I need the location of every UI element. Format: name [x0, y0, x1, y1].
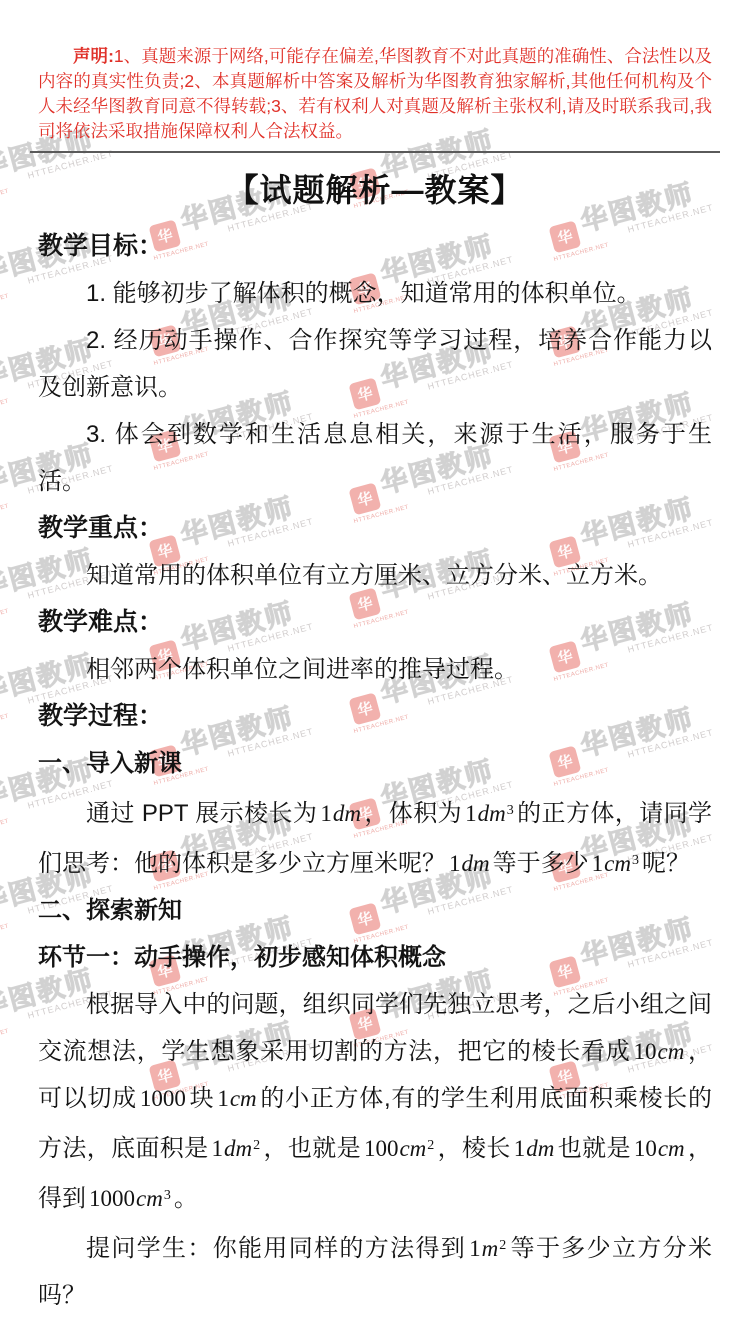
math-expression: 1cm [214, 1085, 259, 1112]
document-content: 声明:1、真题来源于网络,可能存在偏差,华图教育不对此真题的准确性、合法性以及内… [0, 0, 748, 1335]
text-run: 提问学生：你能用同样的方法得到 [86, 1235, 466, 1262]
math-number: 1000 [89, 1186, 135, 1211]
math-unit: cm [135, 1186, 163, 1211]
disclaimer-body: 1、真题来源于网络,可能存在偏差,华图教育不对此真题的准确性、合法性以及内容的真… [38, 46, 712, 141]
text-run: 1. 能够初步了解体积的概念，知道常用的体积单位。 [86, 280, 641, 307]
math-number: 1 [212, 1136, 224, 1161]
document-title: 【试题解析—教案】 [38, 165, 712, 211]
math-number: 100 [364, 1136, 399, 1161]
document-body: 教学目标：1. 能够初步了解体积的概念，知道常用的体积单位。2. 经历动手操作、… [38, 223, 712, 1319]
math-expression: 1dm [317, 800, 364, 827]
sub-heading: 二、探索新知 [38, 887, 712, 934]
math-number: 1000 [140, 1086, 186, 1111]
disclaimer-prefix: 声明: [73, 46, 114, 66]
math-expression: 1cm3 [589, 850, 642, 877]
text-run: ，棱长 [437, 1135, 510, 1162]
math-unit: dm [525, 1136, 554, 1161]
math-expression: 1000 [137, 1085, 189, 1112]
math-expression: 1dm [446, 850, 493, 877]
math-superscript: 2 [253, 1138, 260, 1153]
sub-heading: 环节一：动手操作，初步感知体积概念 [38, 934, 712, 981]
section-heading: 教学目标： [38, 223, 712, 270]
sub-heading: 一、导入新课 [38, 740, 712, 787]
section-heading: 教学难点： [38, 599, 712, 646]
text-run: ，体积为 [364, 800, 462, 827]
math-unit: m [481, 1236, 499, 1261]
math-expression: 10cm [631, 1135, 688, 1162]
body-paragraph: 通过 PPT 展示棱长为1dm，体积为1dm3的正方体，请同学们思考：他的体积是… [38, 787, 712, 887]
section-heading: 教学过程： [38, 693, 712, 740]
math-superscript: 3 [507, 803, 514, 818]
text-run: ，也就是 [263, 1135, 361, 1162]
text-run: 通过 PPT 展示棱长为 [86, 800, 317, 827]
math-superscript: 2 [427, 1138, 434, 1153]
math-number: 1 [469, 1236, 481, 1261]
text-run: 。 [174, 1185, 198, 1212]
math-expression: 1m2 [466, 1235, 509, 1262]
math-expression: 1000cm3 [86, 1185, 174, 1212]
body-paragraph: 1. 能够初步了解体积的概念，知道常用的体积单位。 [38, 270, 712, 317]
document-page: 华HTTEACHER.NET华图教师HTTEACHER.NET华HTTEACHE… [0, 0, 748, 1335]
body-paragraph: 根据导入中的问题，组织同学们先独立思考，之后小组之间交流想法，学生想象采用切割的… [38, 981, 712, 1222]
body-paragraph: 2. 经历动手操作、合作探究等学习过程，培养合作能力以及创新意识。 [38, 317, 712, 411]
math-number: 1 [465, 801, 477, 826]
math-superscript: 3 [164, 1188, 171, 1203]
body-paragraph: 3. 体会到数学和生活息息相关，来源于生活，服务于生活。 [38, 411, 712, 505]
body-paragraph: 提问学生：你能用同样的方法得到1m2等于多少立方分米吗？ [38, 1222, 712, 1319]
math-unit: cm [229, 1086, 257, 1111]
text-run: 等于多少 [493, 850, 589, 877]
math-superscript: 2 [499, 1238, 506, 1253]
math-number: 1 [320, 801, 332, 826]
body-paragraph: 相邻两个体积单位之间进率的推导过程。 [38, 646, 712, 693]
math-unit: dm [461, 851, 490, 876]
body-paragraph: 知道常用的体积单位有立方厘米、立方分米、立方米。 [38, 552, 712, 599]
text-run: 相邻两个体积单位之间进率的推导过程。 [86, 656, 518, 683]
math-unit: cm [398, 1136, 426, 1161]
math-unit: dm [477, 801, 506, 826]
text-run: 呢？ [642, 850, 690, 877]
math-unit: cm [656, 1039, 684, 1064]
text-run: 也就是 [557, 1135, 630, 1162]
math-superscript: 3 [632, 853, 639, 868]
math-number: 1 [592, 851, 604, 876]
math-expression: 1dm2 [209, 1135, 264, 1162]
math-unit: cm [657, 1136, 685, 1161]
math-number: 1 [514, 1136, 526, 1161]
text-run: 2. 经历动手操作、合作探究等学习过程，培养合作能力以及创新意识。 [38, 327, 712, 401]
math-unit: cm [603, 851, 631, 876]
text-run: 块 [189, 1085, 214, 1112]
math-expression: 10cm [630, 1038, 687, 1065]
section-heading: 教学重点： [38, 505, 712, 552]
math-expression: 1dm3 [462, 800, 517, 827]
text-run: 3. 体会到数学和生活息息相关，来源于生活，服务于生活。 [38, 421, 712, 495]
disclaimer-text: 声明:1、真题来源于网络,可能存在偏差,华图教育不对此真题的准确性、合法性以及内… [38, 44, 712, 144]
divider-line [30, 151, 720, 153]
math-number: 1 [217, 1086, 229, 1111]
math-expression: 100cm2 [361, 1135, 437, 1162]
math-number: 1 [449, 851, 461, 876]
text-run: 根据导入中的问题，组织同学们先独立思考，之后小组之间交流想法，学生想象采用切割的… [38, 991, 712, 1065]
math-number: 10 [633, 1039, 656, 1064]
text-run: 知道常用的体积单位有立方厘米、立方分米、立方米。 [86, 562, 662, 589]
math-unit: dm [223, 1136, 252, 1161]
math-unit: dm [332, 801, 361, 826]
math-number: 10 [634, 1136, 657, 1161]
math-expression: 1dm [511, 1135, 558, 1162]
